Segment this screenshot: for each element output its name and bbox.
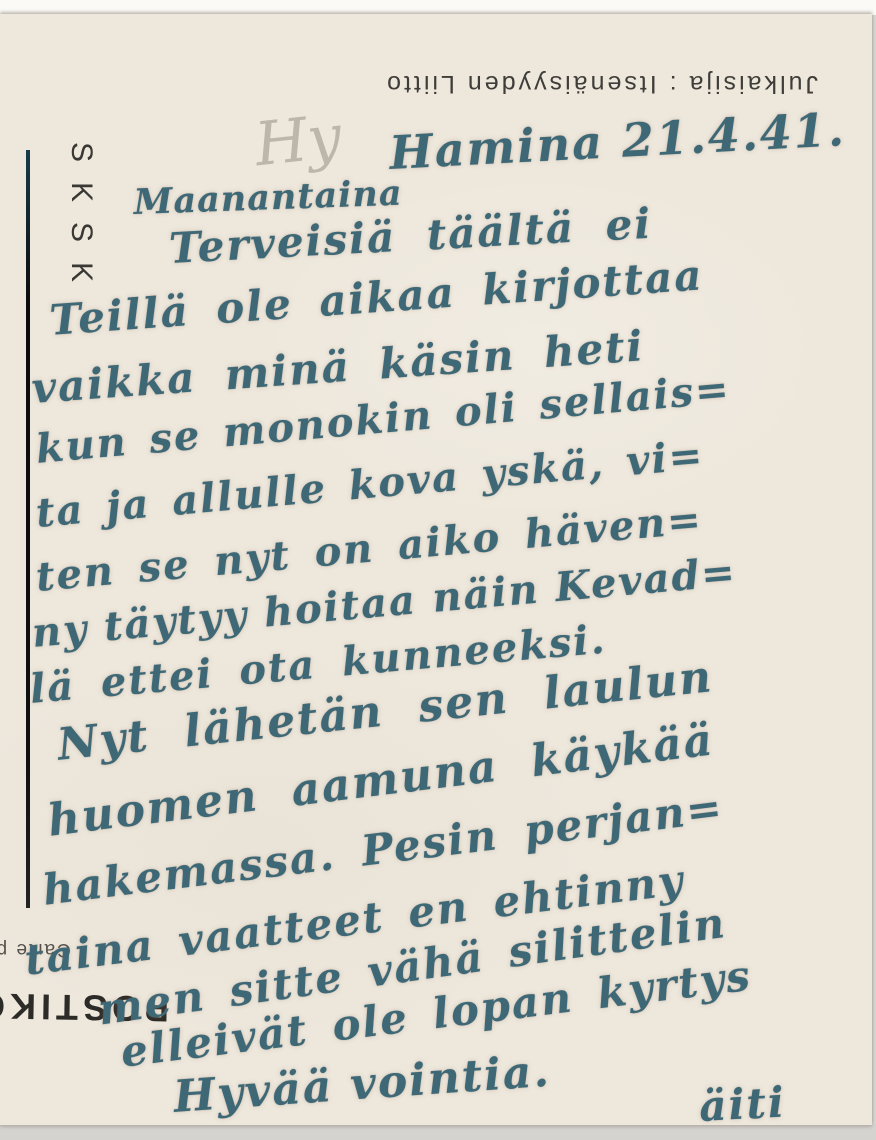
scanner-background-bottom [0, 1124, 876, 1140]
printed-publisher-line: Julkaisija : Itsenäisyyden Liitto [318, 69, 818, 98]
postcard-scan: Julkaisija : Itsenäisyyden Liitto SKSK C… [0, 14, 872, 1125]
scanner-background-top [0, 0, 876, 15]
address-divider-line [26, 150, 30, 908]
pencil-scribble: Hy [252, 102, 345, 181]
handwriting-place-date: Hamina 21.4.41. [388, 102, 847, 180]
printed-side-mark: SKSK [64, 142, 98, 182]
handwriting-signature: äiti [698, 1077, 787, 1125]
